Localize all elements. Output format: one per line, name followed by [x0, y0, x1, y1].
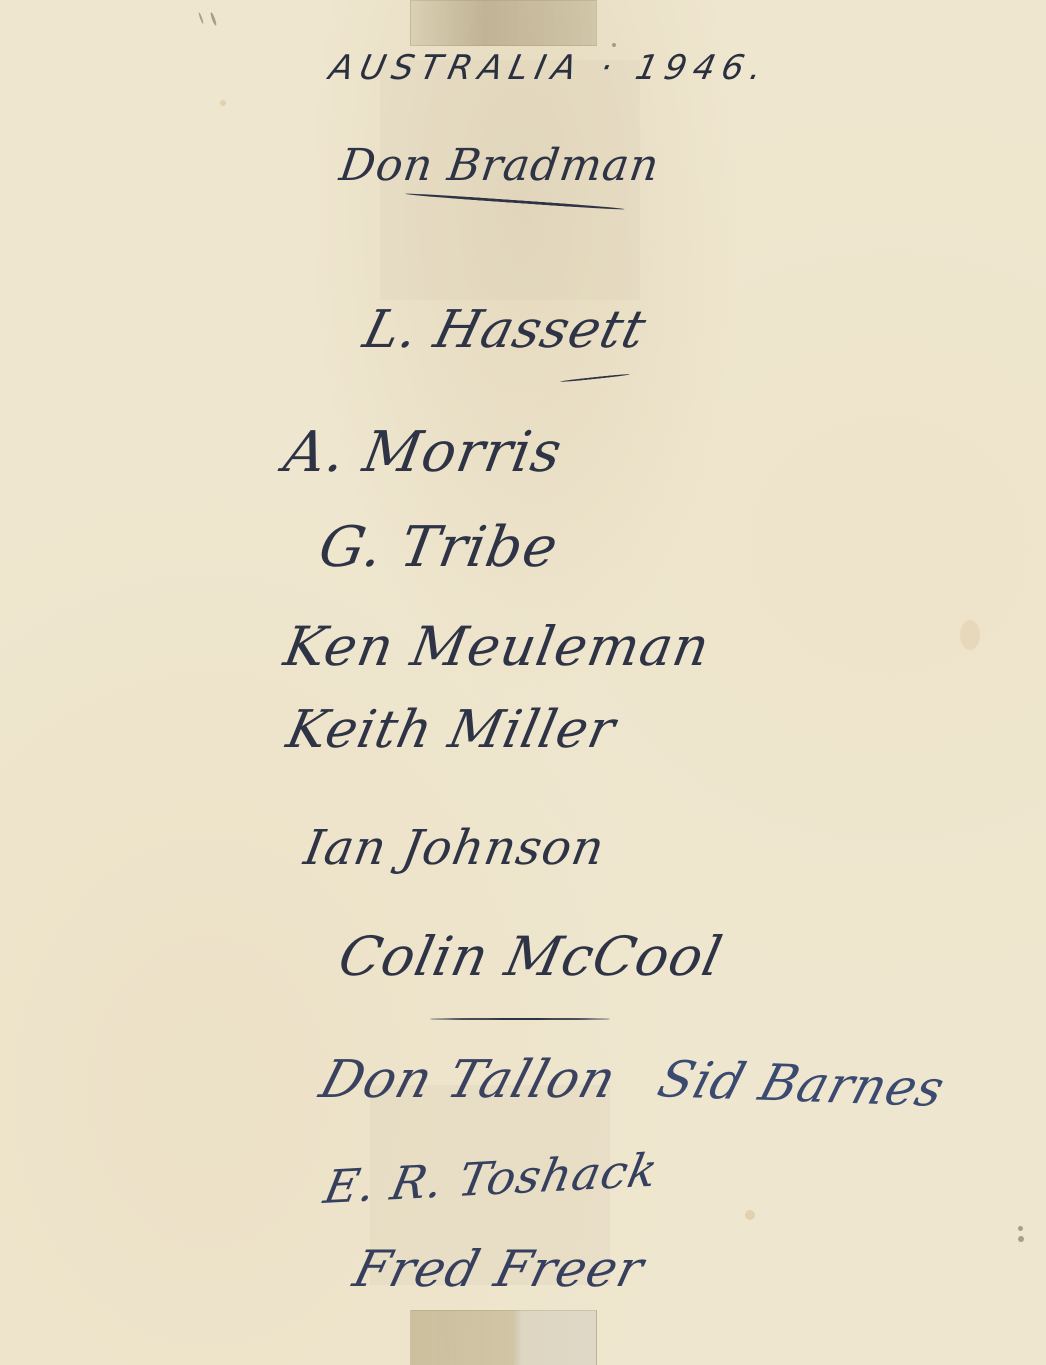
foxing-spot: [745, 1210, 755, 1220]
signature-barnes: Sid Barnes: [652, 1050, 952, 1118]
signature-meuleman: Ken Meuleman: [279, 615, 714, 678]
tape-mark-top: [410, 0, 597, 46]
signature-hassett: L. Hassett: [358, 300, 653, 360]
signature-johnson: Ian Johnson: [300, 820, 609, 876]
signature-mccool: Colin McCool: [333, 925, 728, 988]
signature-tallon: Don Tallon: [313, 1050, 623, 1110]
pencil-mark: [210, 12, 218, 26]
signature-miller: Keith Miller: [282, 700, 621, 760]
foxing-spot: [960, 620, 980, 650]
signature-morris: A. Morris: [279, 420, 567, 485]
tape-mark-bottom: [410, 1310, 597, 1365]
ink-dot: [612, 43, 616, 47]
pencil-mark: [198, 12, 204, 24]
signature-underline: [560, 373, 630, 382]
ink-dot: [1018, 1226, 1023, 1231]
signature-freer: Fred Freer: [348, 1240, 650, 1298]
signature-bradman: Don Bradman: [336, 140, 662, 191]
signature-tribe: G. Tribe: [314, 515, 563, 580]
foxing-spot: [220, 100, 226, 106]
ink-dot: [1018, 1236, 1024, 1242]
signature-underline: [430, 1018, 610, 1020]
autograph-sheet: AUSTRALIA · 1946. Don Bradman L. Hassett…: [0, 0, 1046, 1365]
page-heading: AUSTRALIA · 1946.: [326, 48, 773, 88]
